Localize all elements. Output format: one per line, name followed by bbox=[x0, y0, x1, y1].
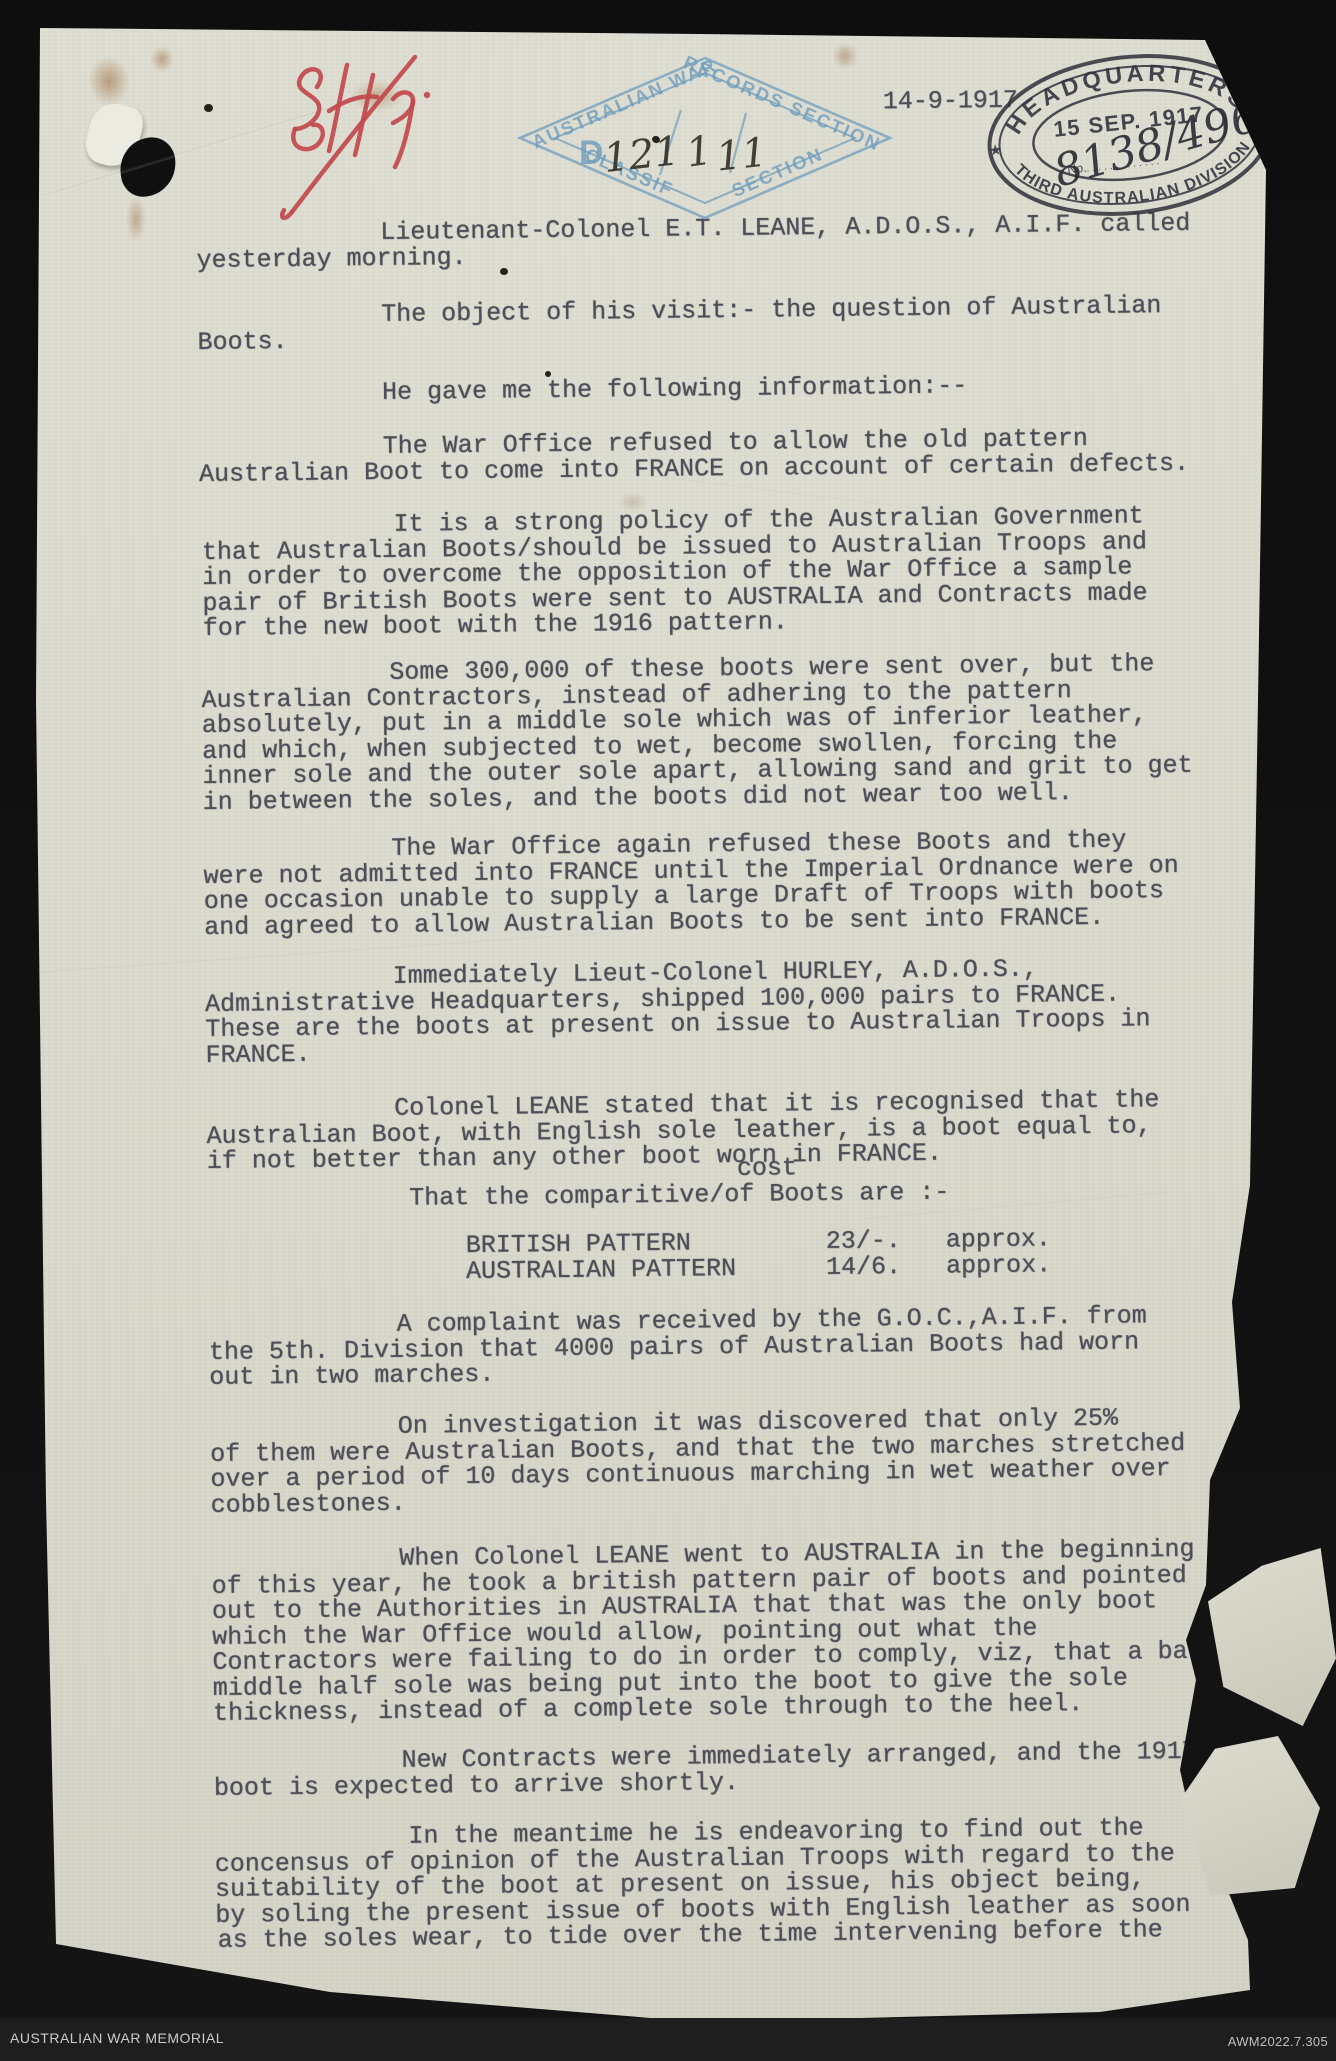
typed-line: for the new boot with the 1916 pattern. bbox=[203, 609, 788, 641]
typed-line: The object of his visit:- the question o… bbox=[381, 293, 1161, 327]
typed-line: Australian Boot to come into FRANCE on a… bbox=[199, 450, 1189, 487]
signature-curl-stroke bbox=[282, 210, 292, 218]
signature-stroke bbox=[395, 101, 413, 167]
handwritten-file-number: 11 bbox=[714, 130, 769, 181]
typed-line: the 5th. Division that 4000 pairs of Aus… bbox=[209, 1329, 1139, 1365]
archive-id: AWM2022.7.305 bbox=[1228, 2034, 1328, 2049]
typed-line: That the comparitive/of Boots are :- bbox=[409, 1179, 949, 1211]
typed-line: boot is expected to arrive shortly. bbox=[214, 1769, 739, 1800]
typed-line: yesterday morning. bbox=[196, 244, 466, 273]
signature-slash-stroke bbox=[292, 57, 415, 212]
typed-line: AUSTRALIAN PATTERN 14/6. approx. bbox=[466, 1252, 1051, 1284]
stamp-arc-text: RECORDS SECTION bbox=[681, 52, 885, 155]
stamp-prefix-letter: D bbox=[579, 134, 604, 172]
signature-stroke bbox=[295, 69, 321, 129]
typed-line: if not better than any other boot worn i… bbox=[207, 1141, 942, 1175]
stamp-star-icon: ★ bbox=[988, 141, 1003, 159]
typed-line: cost bbox=[737, 1155, 797, 1181]
handwritten-file-number: 121 bbox=[601, 128, 682, 182]
typed-line: out in two marches. bbox=[209, 1362, 494, 1391]
torn-paper-scrap bbox=[1208, 1548, 1336, 1726]
headquarters-stamp: HEADQUARTERS THIRD AUSTRALIAN DIVISION ★… bbox=[980, 45, 1280, 225]
stamp-star-icon: ★ bbox=[1256, 105, 1271, 123]
handwritten-file-number: 1 bbox=[683, 128, 715, 177]
archive-credit: AUSTRALIAN WAR MEMORIAL bbox=[10, 2030, 224, 2046]
typed-line: cobblestones. bbox=[211, 1490, 406, 1518]
red-initials-signature-icon bbox=[265, 40, 460, 225]
typed-line: Boots. bbox=[197, 328, 287, 355]
archive-photograph: 14-9-1917 Lieutenant-Colonel E.T. LEANE,… bbox=[0, 0, 1336, 2061]
typed-line: He gave me the following information:-- bbox=[382, 373, 967, 405]
typed-content-layer: 14-9-1917 Lieutenant-Colonel E.T. LEANE,… bbox=[0, 0, 1336, 2061]
typed-body: Lieutenant-Colonel E.T. LEANE, A.D.O.S.,… bbox=[0, 0, 1334, 2]
typed-line: New Contracts were immediately arranged,… bbox=[401, 1739, 1196, 1774]
document-page: 14-9-1917 Lieutenant-Colonel E.T. LEANE,… bbox=[0, 0, 1336, 2061]
typed-line: FRANCE. bbox=[205, 1041, 310, 1068]
war-records-section-stamp: AUSTRALIAN WAR RECORDS SECTION CLASSIF S… bbox=[515, 52, 895, 224]
signature-dot bbox=[424, 92, 430, 98]
